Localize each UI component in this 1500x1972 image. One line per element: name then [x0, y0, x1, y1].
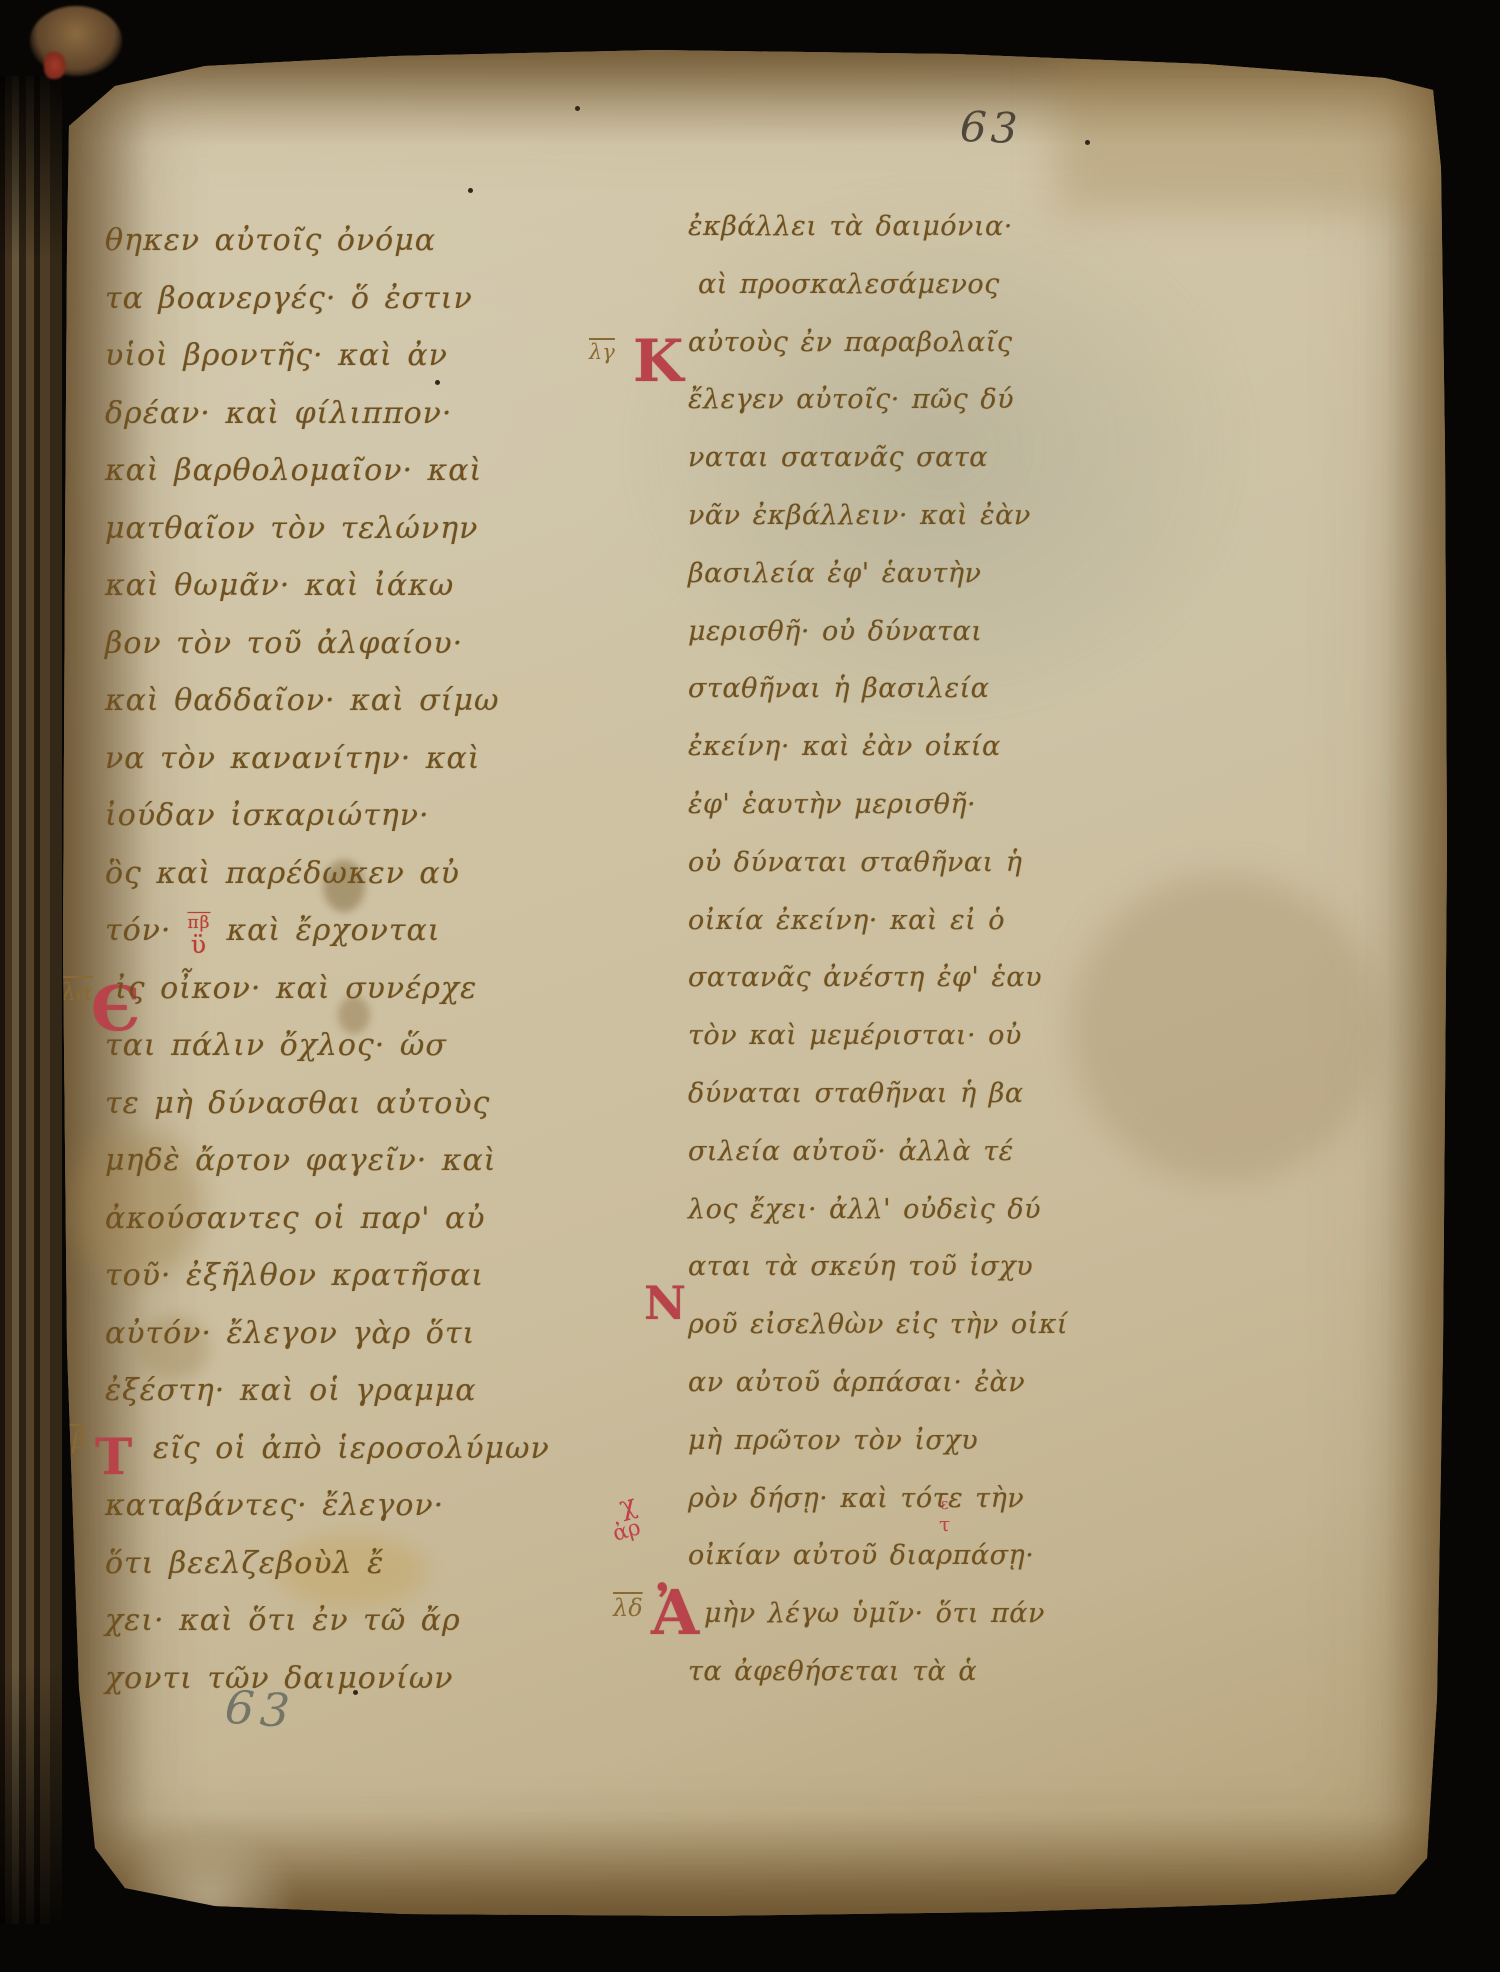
parchment-page: 63 63 λα λβ λγ λδ χ ἀρ ε τ Є Τ Κ Ν Ἀ θηκ… [55, 48, 1447, 1916]
manuscript-text-line: μερισθῆ· οὐ δύναται [688, 603, 1038, 661]
manuscript-text-line: ἐκβάλλει τὰ δαιμόνια· [688, 198, 1038, 256]
ink-speck [468, 188, 473, 193]
ammonian-section-number-31: λα [61, 978, 92, 1006]
manuscript-text-line: μηδὲ ἄρτον φαγεῖν· καὶ [105, 1132, 535, 1190]
manuscript-text-line: καὶ θωμᾶν· καὶ ἰάκω [105, 557, 535, 615]
ammonian-section-number-33: λγ [589, 340, 615, 364]
manuscript-text-line: ρὸν δήσῃ· καὶ τότε τὴν [688, 1470, 1038, 1528]
rubric-initial-kappa: Κ [633, 332, 683, 390]
manuscript-text-line: ματθαῖον τὸν τελώνην [105, 500, 535, 558]
lection-skip-marker: πβϋ [187, 915, 210, 957]
manuscript-text-line: υἱοὶ βροντῆς· καὶ ἀν [105, 327, 535, 385]
manuscript-text-line: αὶ προσκαλεσάμενος [688, 256, 1038, 314]
skip-marker-bottom: ϋ [187, 932, 210, 957]
manuscript-text-line: καὶ θαδδαῖον· καὶ σίμω [105, 672, 535, 730]
manuscript-text-line: αὐτόν· ἔλεγον γὰρ ὅτι [105, 1305, 535, 1363]
manuscript-text-line: ροῦ εἰσελθὼν εἰς τὴν οἰκί [688, 1296, 1038, 1354]
manuscript-text-line: ἀκούσαντες οἱ παρ' αὐ [105, 1190, 535, 1248]
manuscript-text-line: θηκεν αὐτοῖς ὀνόμα [105, 212, 535, 270]
manuscript-text-line: σατανᾶς ἀνέστη ἐφ' ἑαυ [688, 949, 1038, 1007]
manuscript-text-line: ται πάλιν ὄχλος· ὥσ [105, 1017, 535, 1075]
manuscript-text-line: τε μὴ δύνασθαι αὐτοὺς [105, 1075, 535, 1133]
manuscript-text-line: ναται σατανᾶς σατα [688, 429, 1038, 487]
lection-start-letters: ἀρ [608, 1516, 645, 1546]
rubric-initial-nu: Ν [644, 1280, 686, 1326]
text-column-right: ἐκβάλλει τὰ δαιμόνια·αὶ προσκαλεσάμενοςα… [688, 198, 1038, 1701]
manuscript-text-line: αν αὐτοῦ ἁρπάσαι· ἐὰν [688, 1354, 1038, 1412]
manuscript-text-line: τὸν καὶ μεμέρισται· οὐ [688, 1007, 1038, 1065]
manuscript-text-line: ὅτι βεελζεβοὺλ ἔ [105, 1535, 535, 1593]
text-before-skip-marker: τόν· [105, 913, 171, 948]
text-column-left: θηκεν αὐτοῖς ὀνόματα βοανεργές· ὅ ἐστινυ… [105, 212, 535, 1707]
manuscript-text-line: οὐ δύναται σταθῆναι ἡ [688, 834, 1038, 892]
manuscript-text-line: ἐξέστη· καὶ οἱ γραμμα [105, 1362, 535, 1420]
parchment-stain [1070, 873, 1380, 1183]
ink-speck [1085, 140, 1090, 145]
manuscript-text-line: ἐφ' ἑαυτὴν μερισθῆ· [688, 776, 1038, 834]
manuscript-text-line: ἰς οἶκον· καὶ συνέρχε [105, 960, 535, 1018]
manuscript-text-line: χει· καὶ ὅτι ἐν τῶ ἄρ [105, 1592, 535, 1650]
ink-speck [575, 106, 580, 111]
manuscript-text-line: δύναται σταθῆναι ἡ βα [688, 1065, 1038, 1123]
manuscript-text-line: εῖς οἱ ἀπὸ ἱεροσολύμων [105, 1420, 535, 1478]
manuscript-text-line: αὐτοὺς ἐν παραβολαῖς [688, 314, 1038, 372]
manuscript-text-line: σιλεία αὐτοῦ· ἀλλὰ τέ [688, 1123, 1038, 1181]
manuscript-text-line: λος ἔχει· ἀλλ' οὐδεὶς δύ [688, 1181, 1038, 1239]
parchment-stain [121, 1834, 296, 1959]
book-edge-pages [0, 76, 62, 1924]
manuscript-text-line: οἰκία ἐκείνη· καὶ εἰ ὁ [688, 892, 1038, 950]
manuscript-text-line: τοῦ· ἐξῆλθον κρατῆσαι [105, 1247, 535, 1305]
text-after-skip-marker: καὶ ἔρχονται [226, 913, 440, 948]
manuscript-text-line: βασιλεία ἐφ' ἑαυτὴν [688, 545, 1038, 603]
manuscript-text-line: ἐκείνη· καὶ ἐὰν οἰκία [688, 718, 1038, 776]
manuscript-text-line: τόν·πβϋκαὶ ἔρχονται [105, 902, 535, 960]
manuscript-text-line: αται τὰ σκεύη τοῦ ἰσχυ [688, 1238, 1038, 1296]
manuscript-photo: 63 63 λα λβ λγ λδ χ ἀρ ε τ Є Τ Κ Ν Ἀ θηκ… [0, 0, 1500, 1972]
manuscript-text-line: ἔλεγεν αὐτοῖς· πῶς δύ [688, 371, 1038, 429]
manuscript-text-line: βον τὸν τοῦ ἀλφαίου· [105, 615, 535, 673]
parchment-stain [1055, 48, 1447, 213]
manuscript-text-line: σταθῆναι ἡ βασιλεία [688, 660, 1038, 718]
manuscript-text-line: καταβάντες· ἔλεγον· [105, 1477, 535, 1535]
manuscript-text-line: τα ἀφεθήσεται τὰ ἁ [688, 1643, 1038, 1701]
manuscript-text-line: καὶ βαρθολομαῖον· καὶ [105, 442, 535, 500]
ammonian-section-number-34: λδ [613, 1594, 643, 1622]
manuscript-text-line: ἰούδαν ἰσκαριώτην· [105, 787, 535, 845]
lection-start-marker: χ ἀρ [601, 1490, 646, 1546]
manuscript-text-line: μὴν λέγω ὑμῖν· ὅτι πάν [688, 1585, 1038, 1643]
manuscript-text-line: δρέαν· καὶ φίλιππον· [105, 385, 535, 443]
manuscript-text-line: ὃς καὶ παρέδωκεν αὐ [105, 845, 535, 903]
manuscript-text-line: μὴ πρῶτον τὸν ἰσχυ [688, 1412, 1038, 1470]
folio-number-ink: 63 [959, 102, 1022, 153]
red-thread [44, 52, 66, 79]
manuscript-text-line: τα βοανεργές· ὅ ἐστιν [105, 270, 535, 328]
manuscript-text-line: οἰκίαν αὐτοῦ διαρπάσῃ· [688, 1527, 1038, 1585]
manuscript-text-line: χοντι τῶν δαιμονίων [105, 1650, 535, 1708]
manuscript-text-line: να τὸν κανανίτην· καὶ [105, 730, 535, 788]
manuscript-text-line: νᾶν ἐκβάλλειν· καὶ ἐὰν [688, 487, 1038, 545]
